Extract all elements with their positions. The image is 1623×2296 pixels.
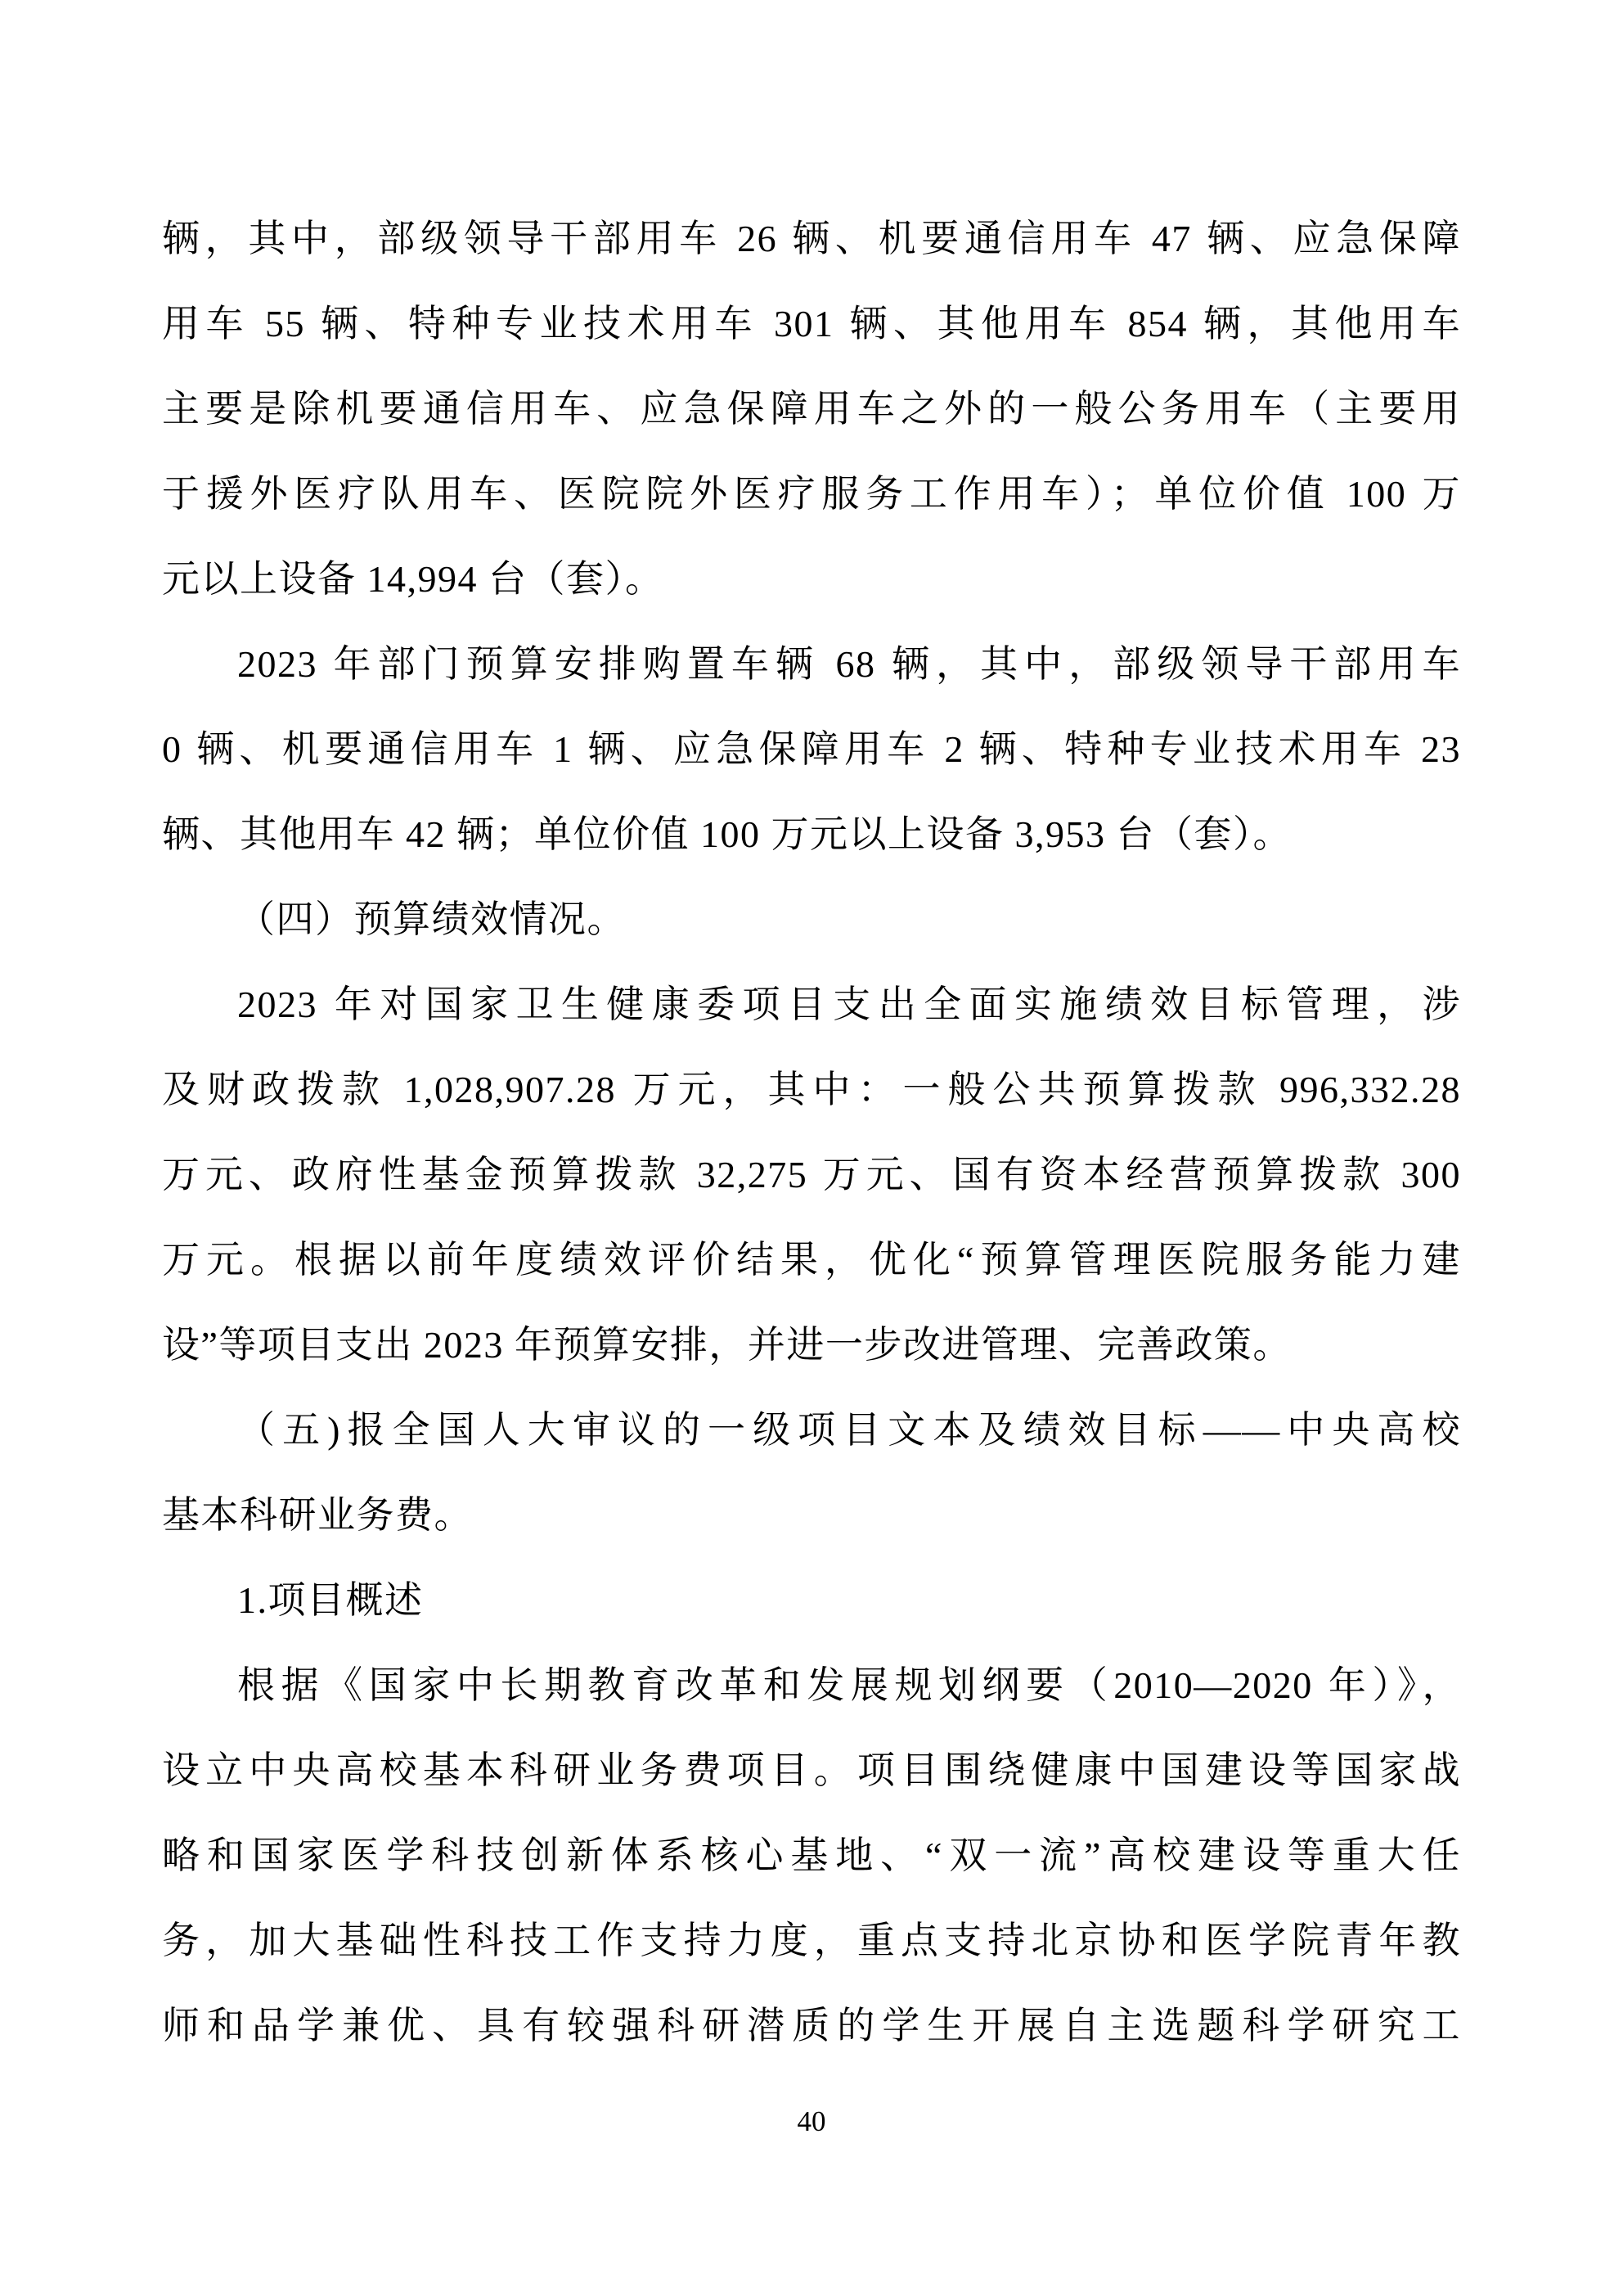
paragraph-project-overview-heading: 1.项目概述	[162, 1558, 1461, 1643]
text-line: 基本科研业务费。	[162, 1473, 1461, 1558]
text-line: 主要是除机要通信用车、应急保障用车之外的一般公务用车（主要用	[162, 367, 1461, 452]
text-line: （五)报全国人大审议的一级项目文本及绩效目标——中央高校	[162, 1388, 1461, 1473]
text-line: 2023 年部门预算安排购置车辆 68 辆，其中，部级领导干部用车	[162, 622, 1461, 707]
paragraph-performance-targets: 2023 年对国家卫生健康委项目支出全面实施绩效目标管理，涉 及财政拨款 1,0…	[162, 962, 1461, 1388]
text-line: 2023 年对国家卫生健康委项目支出全面实施绩效目标管理，涉	[162, 962, 1461, 1047]
paragraph-project-description: 根据《国家中长期教育改革和发展规划纲要（2010—2020 年）》， 设立中央高…	[162, 1643, 1461, 2069]
text-line: 设”等项目支出 2023 年预算安排，并进一步改进管理、完善政策。	[162, 1303, 1461, 1388]
page-number: 40	[0, 2103, 1623, 2141]
text-block: 辆，其中，部级领导干部用车 26 辆、机要通信用车 47 辆、应急保障 用车 5…	[162, 196, 1461, 2069]
text-line: 根据《国家中长期教育改革和发展规划纲要（2010—2020 年）》，	[162, 1643, 1461, 1728]
text-line: 辆、其他用车 42 辆；单位价值 100 万元以上设备 3,953 台（套）。	[162, 792, 1461, 877]
text-line: 辆，其中，部级领导干部用车 26 辆、机要通信用车 47 辆、应急保障	[162, 196, 1461, 281]
text-line: 师和品学兼优、具有较强科研潜质的学生开展自主选题科学研究工	[162, 1983, 1461, 2069]
text-line: 设立中央高校基本科研业务费项目。项目围绕健康中国建设等国家战	[162, 1728, 1461, 1813]
text-line: 万元、政府性基金预算拨款 32,275 万元、国有资本经营预算拨款 300	[162, 1132, 1461, 1218]
paragraph-vehicles-2023-budget: 2023 年部门预算安排购置车辆 68 辆，其中，部级领导干部用车 0 辆、机要…	[162, 622, 1461, 877]
text-line: 1.项目概述	[162, 1558, 1461, 1643]
text-line: 用车 55 辆、特种专业技术用车 301 辆、其他用车 854 辆，其他用车	[162, 281, 1461, 367]
text-line: 0 辆、机要通信用车 1 辆、应急保障用车 2 辆、特种专业技术用车 23	[162, 707, 1461, 792]
text-line: 略和国家医学科技创新体系核心基地、“双一流”高校建设等重大任	[162, 1813, 1461, 1898]
text-line: 务，加大基础性科技工作支持力度，重点支持北京协和医学院青年教	[162, 1898, 1461, 1983]
text-line: 及财政拨款 1,028,907.28 万元，其中：一般公共预算拨款 996,33…	[162, 1047, 1461, 1132]
paragraph-section-4-heading: （四）预算绩效情况。	[162, 877, 1461, 962]
text-line: 万元。根据以前年度绩效评价结果，优化“预算管理医院服务能力建	[162, 1218, 1461, 1303]
document-page: 辆，其中，部级领导干部用车 26 辆、机要通信用车 47 辆、应急保障 用车 5…	[0, 0, 1623, 2296]
paragraph-section-5-heading: （五)报全国人大审议的一级项目文本及绩效目标——中央高校 基本科研业务费。	[162, 1388, 1461, 1558]
paragraph-vehicles-existing: 辆，其中，部级领导干部用车 26 辆、机要通信用车 47 辆、应急保障 用车 5…	[162, 196, 1461, 622]
text-line: 元以上设备 14,994 台（套）。	[162, 537, 1461, 622]
text-line: 于援外医疗队用车、医院院外医疗服务工作用车）；单位价值 100 万	[162, 452, 1461, 537]
text-line: （四）预算绩效情况。	[162, 877, 1461, 962]
